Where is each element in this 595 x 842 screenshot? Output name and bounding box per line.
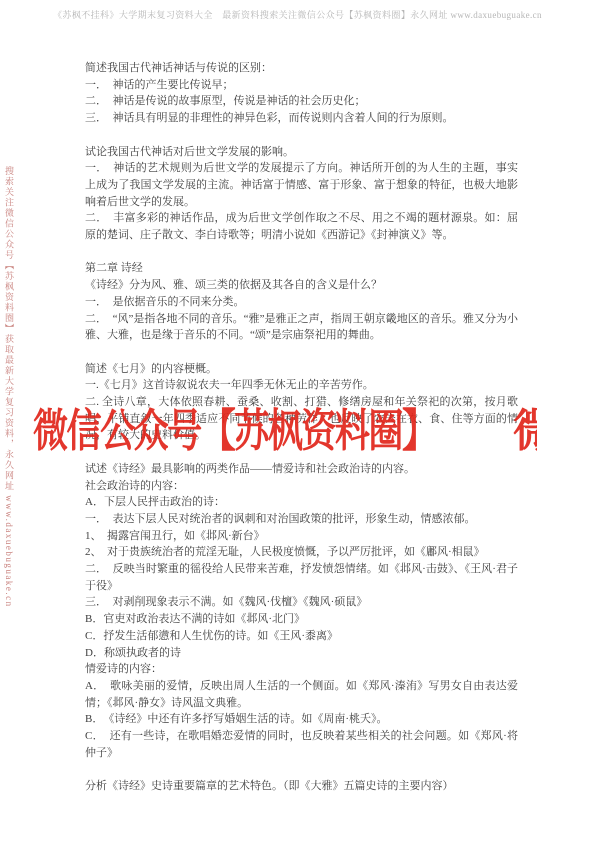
blank-line <box>85 444 518 461</box>
document-paragraph: 试论我国古代神话对后世文学发展的影响。 <box>85 144 518 161</box>
document-paragraph: 二． 反映当时繁重的徭役给人民带来苦难，抒发愤怨情绪。如《邶风·击鼓》、《王风·… <box>85 561 518 594</box>
page-header-text: 《苏枫不挂科》大学期末复习资料大全 最新资料搜索关注微信公众号【苏枫资料圈】永久… <box>0 8 595 21</box>
document-paragraph: 一． 表达下层人民对统治者的讽刺和对治国政策的批评，形象生动，情感浓郁。 <box>85 511 518 528</box>
document-paragraph: 三． 神话具有明显的非理性的神异色彩，而传说则内含着人间的行为原则。 <box>85 110 518 127</box>
document-paragraph: 一． 神话的艺术规则为后世文学的发展提示了方向。神话所开创的为人生的主题，事实上… <box>85 160 518 210</box>
document-paragraph: 1、 揭露宫闱丑行，如《邶风·新台》 <box>85 528 518 545</box>
document-paragraph: 二. 全诗八章，大体依照春耕、蚕桑、收割、打猎、修缮房屋和年关祭祀的次第，按月歌… <box>85 394 518 444</box>
document-paragraph: 社会政治诗的内容： <box>85 478 518 495</box>
document-paragraph: 二． “风”是指各地不同的音乐。“雅”是雅正之声，指周王朝京畿地区的音乐。雅又分… <box>85 311 518 344</box>
blank-line <box>85 127 518 144</box>
document-paragraph: C．抒发生活郁懑和人生忧伤的诗。如《王风·黍离》 <box>85 628 518 645</box>
document-paragraph: 试述《诗经》最具影响的两类作品——情爱诗和社会政治诗的内容。 <box>85 461 518 478</box>
document-paragraph: 2、 对于贵族统治者的荒淫无耻，人民极度愤慨，予以严厉批评，如《鄘风·相鼠》 <box>85 544 518 561</box>
document-paragraph: 简述《七月》的内容梗概。 <box>85 361 518 378</box>
side-watermark-text: 搜索关注微信公众号【苏枫资料圈】获取最新大学复习资料，永久网址 www.daxu… <box>3 166 16 636</box>
document-paragraph: 一． 是依据音乐的不同来分类。 <box>85 294 518 311</box>
document-paragraph: 《诗经》分为风、雅、颂三类的依据及其各自的含义是什么？ <box>85 277 518 294</box>
document-paragraph: 情爱诗的内容： <box>85 661 518 678</box>
document-paragraph: 简述我国古代神话神话与传说的区别： <box>85 60 518 77</box>
document-paragraph: 二． 丰富多彩的神话作品，成为后世文学创作取之不尽、用之不竭的题材源泉。如：屈原… <box>85 210 518 243</box>
blank-line <box>85 244 518 261</box>
document-paragraph: 二． 神话是传说的故事原型，传说是神话的社会历史化； <box>85 93 518 110</box>
document-paragraph: 一.《七月》这首诗叙说农夫一年四季无休无止的辛苦劳作。 <box>85 377 518 394</box>
document-paragraph: A． 歌咏美丽的爱情，反映出周人生活的一个侧面。如《郑风·溱洧》写男女自由表达爱… <box>85 678 518 711</box>
document-paragraph: 三． 对剥削现象表示不满。如《魏风·伐檀》《魏风·硕鼠》 <box>85 594 518 611</box>
document-paragraph: B．官吏对政治表达不满的诗如《邶风·北门》 <box>85 611 518 628</box>
document-paragraph: 分析《诗经》史诗重要篇章的艺术特色。（即《大雅》五篇史诗的主要内容） <box>85 778 518 795</box>
document-page: 《苏枫不挂科》大学期末复习资料大全 最新资料搜索关注微信公众号【苏枫资料圈】永久… <box>0 0 595 842</box>
document-paragraph: D．称颂执政者的诗 <box>85 645 518 662</box>
document-paragraph: B． 《诗经》中还有许多抒写婚姻生活的诗。如《周南·桃夭》。 <box>85 711 518 728</box>
blank-line <box>85 761 518 778</box>
document-paragraph: 第二章 诗经 <box>85 260 518 277</box>
document-paragraph: C． 还有一些诗，在歌唱婚恋爱情的同时，也反映着某些相关的社会问题。如《郑风·将… <box>85 728 518 761</box>
document-body: 简述我国古代神话神话与传说的区别：一． 神话的产生要比传说早；二． 神话是传说的… <box>85 60 518 795</box>
document-paragraph: A．下层人民抨击政治的诗： <box>85 494 518 511</box>
document-paragraph: 一． 神话的产生要比传说早； <box>85 77 518 94</box>
blank-line <box>85 344 518 361</box>
